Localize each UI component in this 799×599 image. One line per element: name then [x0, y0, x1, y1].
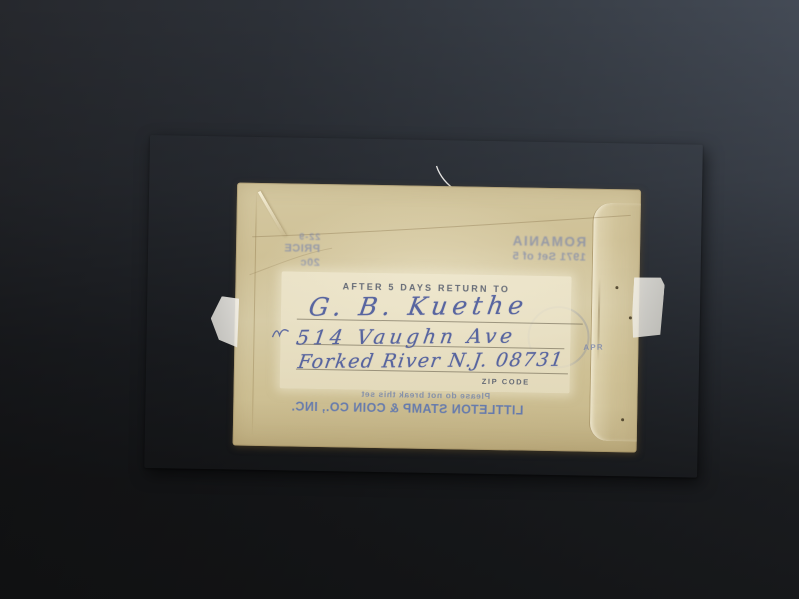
paper-speck	[615, 286, 618, 289]
handwritten-name: G. B. Kuethe	[307, 291, 531, 322]
price-text: PRICE 20c	[266, 242, 320, 270]
front-print-right-mirrored: ROMANIA 1971 Set of 5	[482, 233, 587, 265]
envelope-surface: 22-9 PRICE 20c ROMANIA 1971 Set of 5 APR…	[233, 183, 642, 453]
zip-code-caption: ZIP CODE	[482, 377, 530, 387]
clear-tape-right	[630, 276, 665, 340]
paper-speck	[629, 316, 632, 319]
stray-ink-squiggle	[270, 325, 290, 341]
handwritten-street: 514 Vaughn Ave	[295, 324, 518, 350]
paper-speck	[621, 418, 624, 421]
glassine-envelope: 22-9 PRICE 20c ROMANIA 1971 Set of 5 APR…	[233, 183, 642, 453]
front-print-left-mirrored: 22-9 PRICE 20c	[266, 231, 321, 271]
item-number-text: 22-9	[266, 231, 320, 243]
clear-tape-left	[210, 296, 239, 349]
postmark-month-text: APR	[583, 343, 604, 352]
set-info-text: 1971 Set of 5	[482, 250, 586, 266]
photo-scene: 22-9 PRICE 20c ROMANIA 1971 Set of 5 APR…	[0, 0, 799, 599]
photo-mat-card: 22-9 PRICE 20c ROMANIA 1971 Set of 5 APR…	[144, 135, 703, 478]
handwritten-city-line: Forked River N.J. 08731	[296, 349, 565, 373]
country-text: ROMANIA	[482, 233, 586, 252]
